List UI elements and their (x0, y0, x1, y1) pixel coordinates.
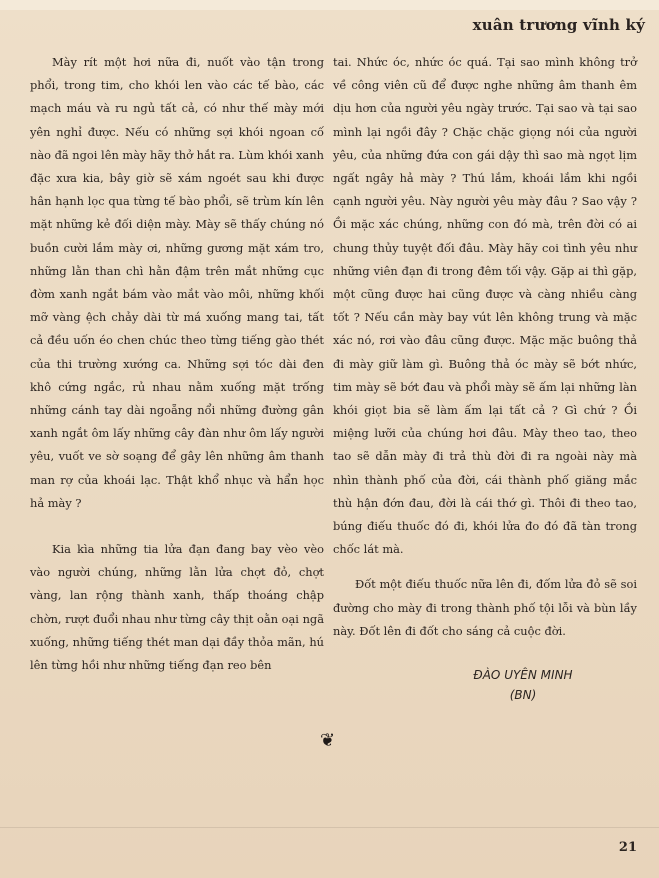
paragraph-gap (333, 561, 637, 573)
paragraph-gap (30, 515, 324, 538)
paragraph: Đốt một điếu thuốc nữa lên đi, đốm lửa đ… (333, 573, 637, 643)
author-affiliation: (BN) (468, 685, 578, 705)
magazine-page: xuân trương vĩnh ký Mày rít một hơi nữa … (0, 0, 659, 878)
page-divider (0, 827, 659, 828)
paragraph: tai. Nhức óc, nhức óc quá. Tại sao mình … (333, 51, 637, 561)
page-number: 21 (619, 840, 637, 855)
author-signature: ĐÀO UYÊN MINH (BN) (468, 665, 578, 705)
paragraph: Kia kìa những tia lửa đạn đang bay vèo v… (30, 538, 324, 677)
author-name: ĐÀO UYÊN MINH (468, 665, 578, 685)
right-column: tai. Nhức óc, nhức óc quá. Tại sao mình … (333, 51, 637, 643)
running-header: xuân trương vĩnh ký (473, 16, 645, 34)
fleuron-ornament-icon: ❦ (320, 730, 335, 751)
left-column: Mày rít một hơi nữa đi, nuốt vào tận tro… (30, 51, 324, 677)
paragraph: Mày rít một hơi nữa đi, nuốt vào tận tro… (30, 51, 324, 515)
